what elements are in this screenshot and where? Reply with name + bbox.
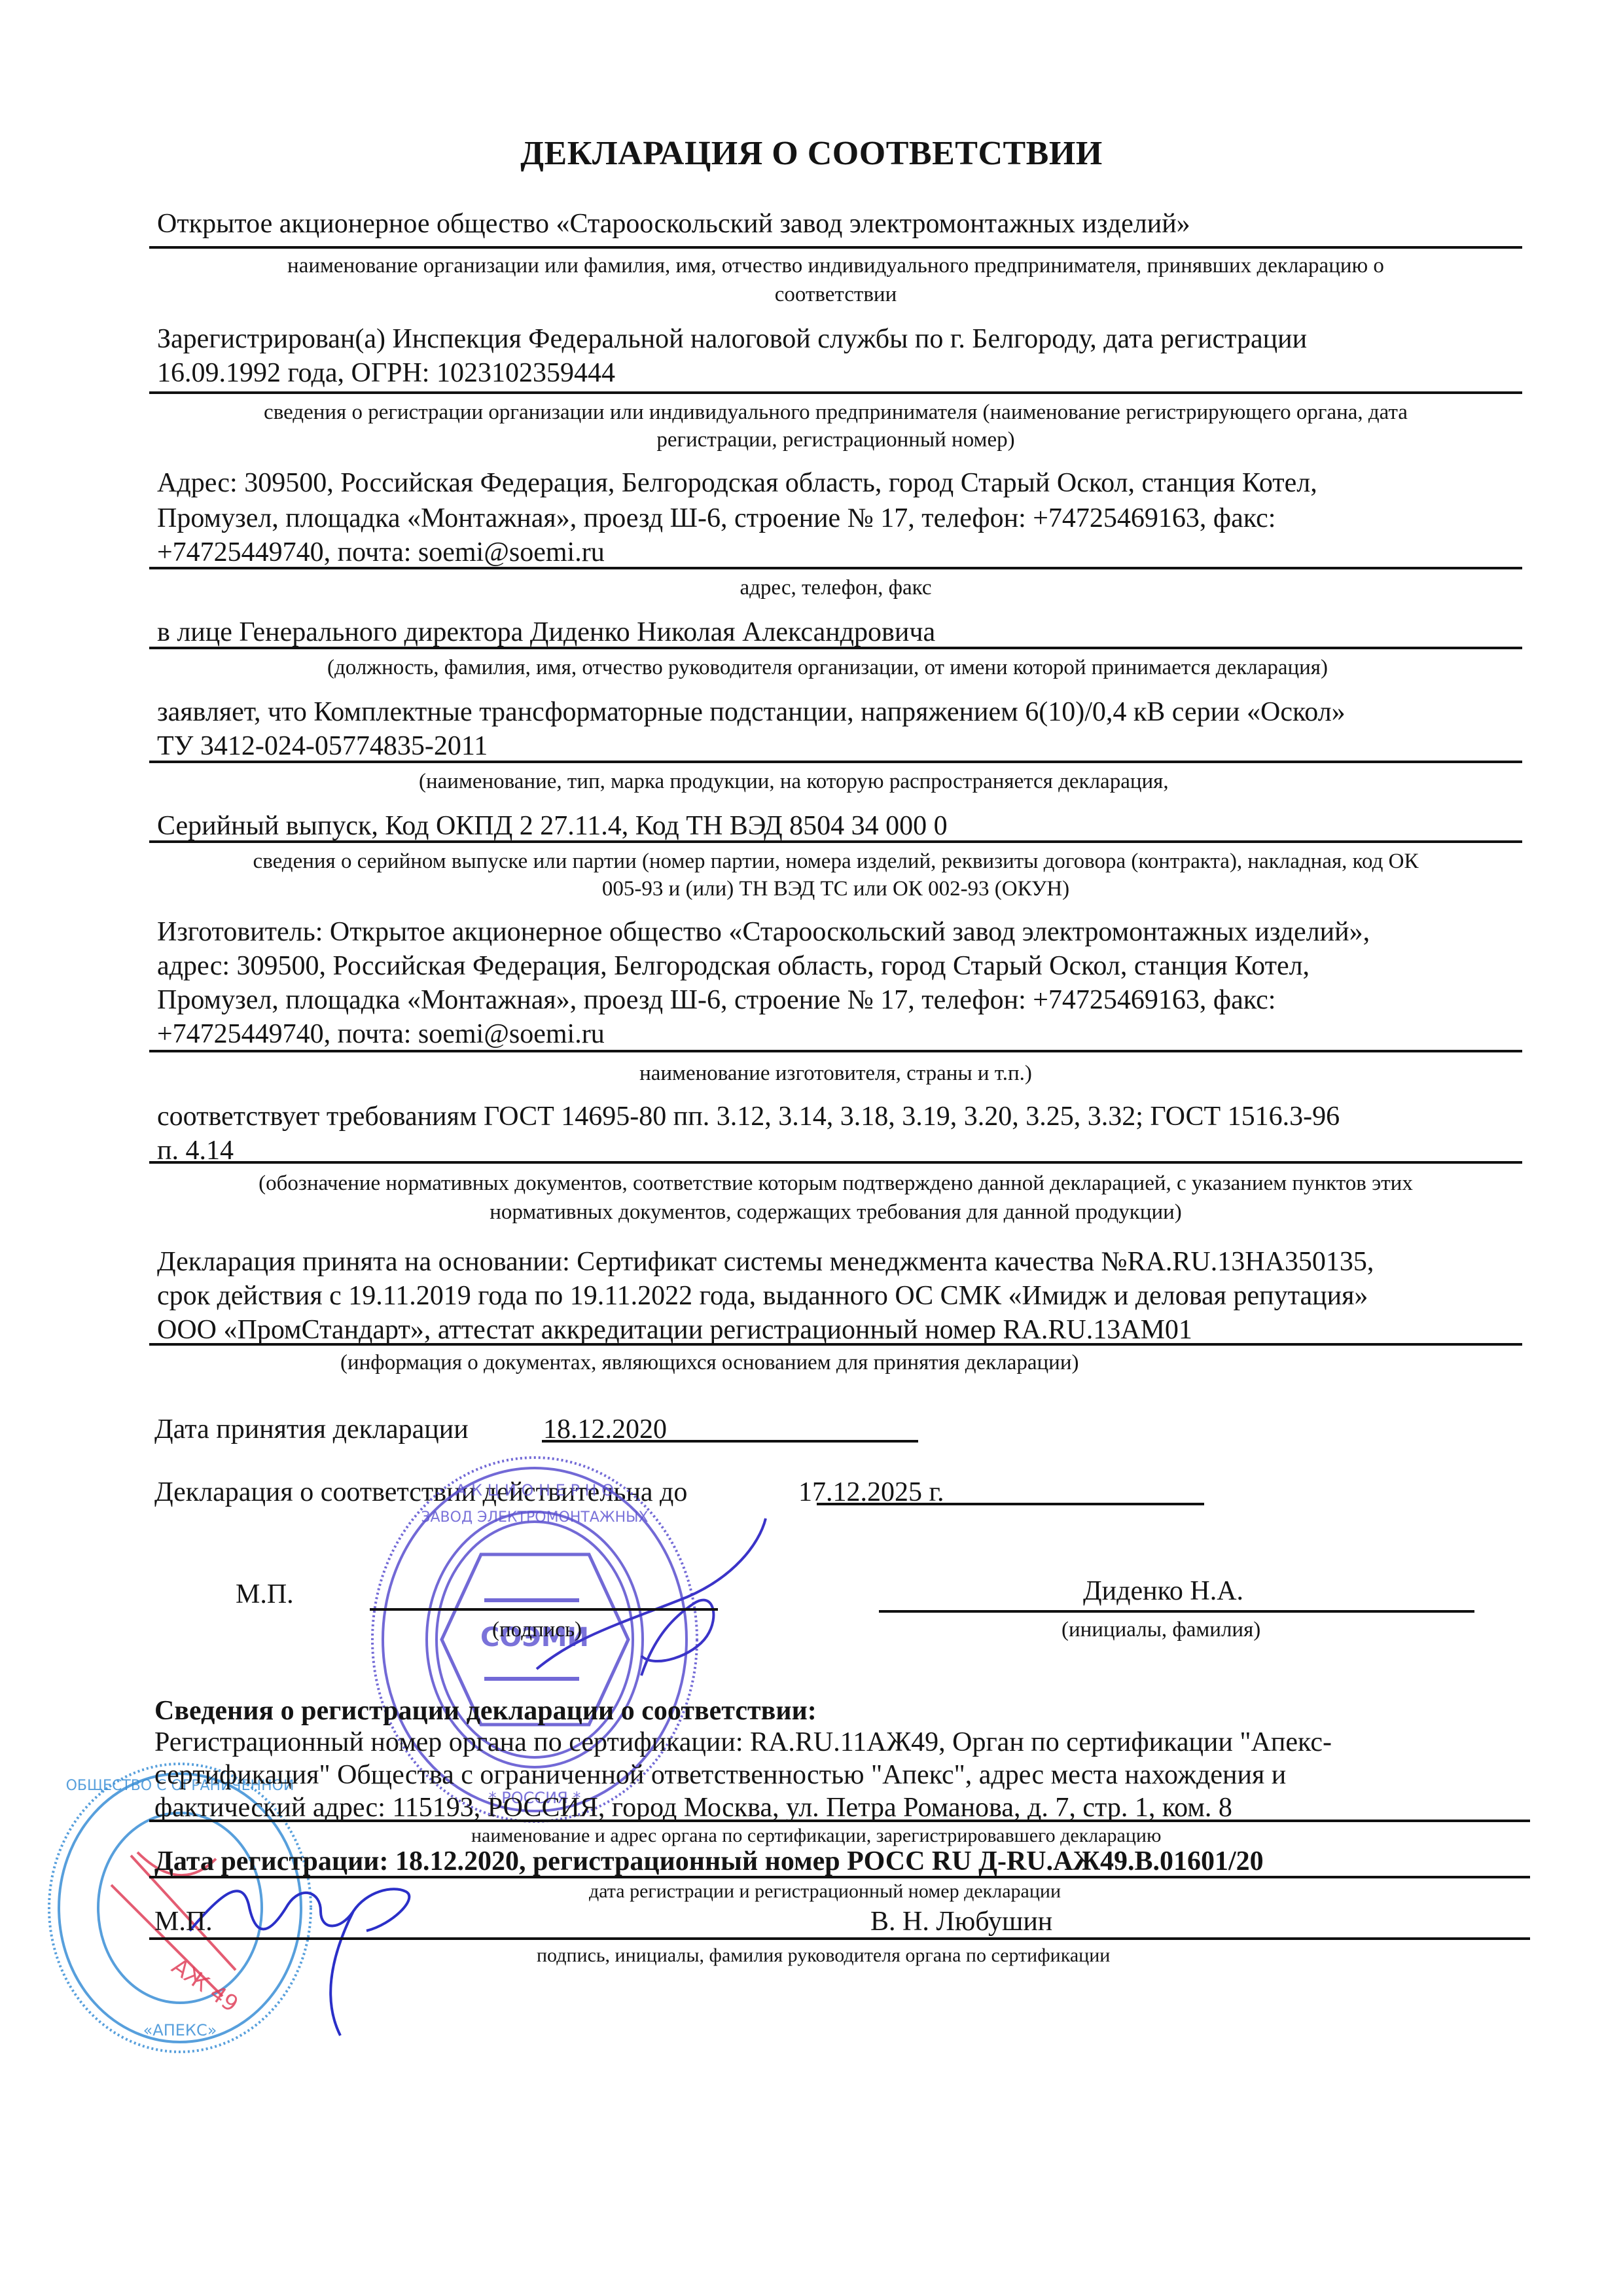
registration-info-body-2: сертификация" Общества с ограниченной от…: [154, 1758, 1286, 1792]
basis-value-2: срок действия с 19.11.2019 года по 19.11…: [157, 1279, 1368, 1313]
address-value-3: +74725449740, почта: soemi@soemi.ru: [157, 535, 605, 569]
registration-caption-1: сведения о регистрации организации или и…: [149, 398, 1522, 427]
product-value-1: заявляет, что Комплектные трансформаторн…: [157, 695, 1346, 729]
address-caption: адрес, телефон, факс: [149, 573, 1522, 602]
registration-info-heading: Сведения о регистрации декларации о соот…: [154, 1694, 817, 1728]
standards-value-1: соответствует требованиям ГОСТ 14695-80 …: [157, 1100, 1340, 1134]
signature-caption: (подпись): [492, 1615, 582, 1644]
manufacturer-value-2: адрес: 309500, Российская Федерация, Бел…: [157, 949, 1310, 983]
manufacturer-value-4: +74725449740, почта: soemi@soemi.ru: [157, 1017, 605, 1051]
address-rule: [149, 567, 1522, 569]
applicant-rule: [149, 246, 1522, 249]
cert-head-caption: подпись, инициалы, фамилия руководителя …: [537, 1941, 1110, 1970]
applicant-caption-1: наименование организации или фамилия, им…: [149, 251, 1522, 280]
address-value-1: Адрес: 309500, Российская Федерация, Бел…: [157, 466, 1317, 500]
registration-info-body-1: Регистрационный номер органа по сертифик…: [154, 1725, 1332, 1759]
serial-caption-1: сведения о серийном выпуске или партии (…: [149, 847, 1522, 876]
applicant-value: Открытое акционерное общество «Старооско…: [157, 207, 1190, 241]
cert-head-rule: [149, 1937, 1530, 1940]
signer-caption: (инициалы, фамилия): [1061, 1615, 1260, 1644]
standards-caption-2: нормативных документов, содержащих требо…: [149, 1198, 1522, 1227]
applicant-caption-2: соответствии: [149, 280, 1522, 309]
serial-rule: [149, 840, 1522, 843]
svg-text:А К Ц И О Н Е Р Н О: А К Ц И О Н Е Р Н О: [455, 1481, 614, 1499]
serial-value: Серийный выпуск, Код ОКПД 2 27.11.4, Код…: [157, 809, 948, 843]
registration-number-caption: дата регистрации и регистрационный номер…: [589, 1877, 1061, 1906]
address-value-2: Промузел, площадка «Монтажная», проезд Ш…: [157, 501, 1275, 535]
product-caption: (наименование, тип, марка продукции, на …: [419, 767, 1169, 796]
standards-caption-1: (обозначение нормативных документов, соо…: [149, 1169, 1522, 1198]
registration-value-2: 16.09.1992 года, ОГРН: 1023102359444: [157, 356, 615, 390]
representative-caption: (должность, фамилия, имя, отчество руков…: [327, 653, 1328, 682]
valid-until-rule: [817, 1503, 1204, 1505]
basis-value-1: Декларация принята на основании: Сертифи…: [157, 1245, 1374, 1279]
signer-name: Диденко Н.А.: [1083, 1574, 1243, 1608]
acceptance-date-rule: [542, 1440, 918, 1443]
manufacturer-caption: наименование изготовителя, страны и т.п.…: [149, 1059, 1522, 1088]
signer-rule: [879, 1610, 1474, 1613]
standards-rule: [149, 1161, 1522, 1164]
cert-head-name: В. Н. Любушин: [870, 1905, 1052, 1939]
registration-value-1: Зарегистрирован(а) Инспекция Федеральной…: [157, 322, 1307, 356]
registration-rule: [149, 391, 1522, 394]
basis-value-3: ООО «ПромСтандарт», аттестат аккредитаци…: [157, 1313, 1192, 1347]
basis-rule: [149, 1343, 1522, 1346]
document-title: ДЕКЛАРАЦИЯ О СООТВЕТСТВИИ: [0, 134, 1623, 173]
basis-caption: (информация о документах, являющихся осн…: [340, 1348, 1079, 1377]
cert-seal-label: М.П.: [154, 1905, 213, 1939]
manufacturer-value-3: Промузел, площадка «Монтажная», проезд Ш…: [157, 983, 1275, 1017]
serial-caption-2: 005-93 и (или) ТН ВЭД ТС или ОК 002-93 (…: [149, 874, 1522, 903]
director-signature-icon: [524, 1505, 772, 1702]
seal-label: М.П.: [236, 1577, 294, 1611]
registration-caption-2: регистрации, регистрационный номер): [149, 425, 1522, 454]
cert-head-signature-icon: [170, 1852, 445, 2049]
manufacturer-value-1: Изготовитель: Открытое акционерное общес…: [157, 915, 1370, 949]
signature-rule: [370, 1608, 718, 1611]
representative-rule: [149, 647, 1522, 649]
manufacturer-rule: [149, 1050, 1522, 1052]
representative-value: в лице Генерального директора Диденко Ни…: [157, 615, 935, 649]
product-value-2: ТУ 3412-024-05774835-2011: [157, 729, 488, 763]
acceptance-date-label: Дата принятия декларации: [154, 1412, 469, 1446]
product-rule: [149, 761, 1522, 763]
